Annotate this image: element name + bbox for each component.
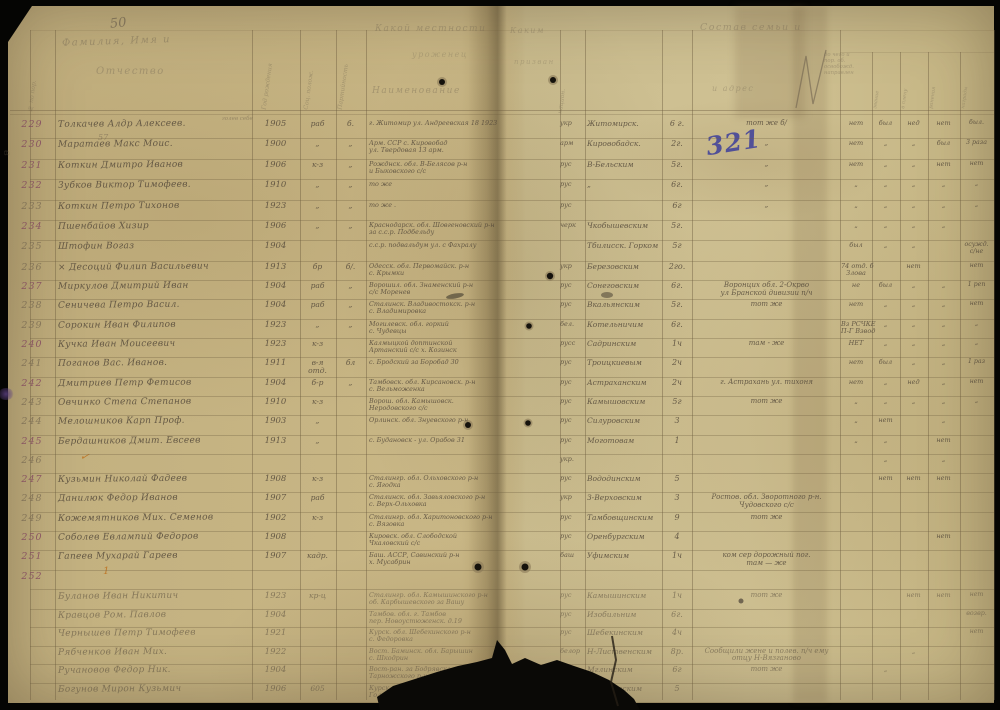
cell-nat: рус xyxy=(560,181,584,188)
cell-n: 242 xyxy=(10,379,54,389)
cell-term: 1 xyxy=(663,437,691,445)
ledger-row: Кравцов Ром. Павлов1904Тамбов. обл. г. Т… xyxy=(0,609,1000,628)
cell-s1: был xyxy=(841,242,871,249)
cell-n: 243 xyxy=(10,398,54,408)
row-rule xyxy=(30,702,994,703)
cell-name: Данилюк Федор Иванов xyxy=(58,494,252,505)
cell-place: с. Бродский за Боробад 30 xyxy=(369,359,559,366)
cell-year: 1923 xyxy=(253,321,298,330)
ledger-row: 252 xyxy=(0,570,1000,589)
cell-party: бл xyxy=(337,359,364,367)
cell-s2: „ xyxy=(872,340,899,347)
cell-n: 236 xyxy=(10,263,54,273)
cell-rvk: Н-Лиственским xyxy=(587,648,661,656)
cell-s4: нет xyxy=(928,437,959,444)
cell-s4: нет xyxy=(928,161,959,168)
cell-soc: к-з xyxy=(301,514,334,522)
cell-year: 1904 xyxy=(253,301,298,310)
cell-s1: не xyxy=(841,282,871,289)
cell-s2: „ xyxy=(872,398,899,405)
grid-hline xyxy=(10,110,994,111)
ledger-row: 238Сеничева Петро Васил.1904раб„Сталинск… xyxy=(0,299,1000,318)
cell-s4: „ xyxy=(928,222,959,229)
cell-n: 235 xyxy=(10,242,54,252)
cell-term: 5 xyxy=(663,685,691,693)
grid-hline xyxy=(30,30,994,31)
cell-party: „ xyxy=(337,282,364,290)
cell-party: „ xyxy=(337,161,364,169)
cell-name: Толкачев Алдр Алексеев. xyxy=(58,119,252,130)
cell-place: г. Житомир ул. Андреевская 18 1923 xyxy=(369,120,559,127)
cell-name: Рябченков Иван Мих. xyxy=(58,647,252,658)
cell-s2: „ xyxy=(872,301,899,308)
cell-term: 5г xyxy=(663,242,691,250)
cell-name: Поганов Вас. Иванов. xyxy=(58,358,252,369)
cell-s1: „ xyxy=(841,181,871,188)
cell-nat: баш xyxy=(560,552,584,559)
cell-year: 1904 xyxy=(253,611,298,620)
cell-s5: нет xyxy=(960,301,993,308)
cell-rvk: Садринским xyxy=(587,340,661,348)
cell-term: 5г. xyxy=(663,301,691,309)
cell-nat: рус xyxy=(560,282,584,289)
cell-s3: нет xyxy=(900,475,927,482)
cell-year: 1906 xyxy=(253,685,298,694)
header-residence-1: Какой местности xyxy=(375,24,486,34)
cell-s2: „ xyxy=(872,321,899,328)
cell-nat: рус xyxy=(560,533,584,540)
ledger-row: Рябченков Иван Мих.1922Вост. Баминск. об… xyxy=(0,646,1000,665)
cell-s4: „ xyxy=(928,202,959,209)
cell-s2: был xyxy=(872,120,899,127)
cell-s2: нет xyxy=(872,417,899,424)
cell-soc: 605 xyxy=(301,685,334,693)
cell-soc: раб xyxy=(301,282,334,290)
cell-name: Маратаев Макс Моис. xyxy=(58,140,252,151)
cell-name: Коткин Петро Тихонов xyxy=(58,201,252,212)
cell-s3: „ xyxy=(900,202,927,209)
cell-name: Гапеев Мухарай Гареев xyxy=(58,551,252,562)
cell-rvk: Вододинским xyxy=(587,475,661,483)
ledger-row: 248Данилюк Федор Иванов1907рабСталинск. … xyxy=(0,492,1000,511)
ledger-row: 235Штофин Вогаз1904с.с.р. подвальдум ул.… xyxy=(0,240,1000,260)
header-drafted-2: призван xyxy=(514,58,555,66)
cell-place: Арм. ССР с. Кировобад ул. Твердовая 13 а… xyxy=(369,140,559,154)
cell-party: „ xyxy=(337,202,364,210)
ledger-row: 239Сорокин Иван Филипов1923„„Могилевск. … xyxy=(0,319,1000,338)
ledger-row: 240Кучка Иван Моисеевич1923к-зКалмыцкой … xyxy=(0,338,1000,357)
cell-s3: нет xyxy=(900,592,927,599)
cell-soc: „ xyxy=(301,417,334,425)
cell-s2: „ xyxy=(872,666,899,673)
cell-nat: укр xyxy=(560,263,584,270)
cell-party: „ xyxy=(337,321,364,329)
cell-place: Вост-ран. за Бодрявска Тарножского р-н xyxy=(369,666,559,680)
cell-s4: „ xyxy=(928,359,959,366)
cell-place: Сталингр. обл. Ольховского р-н с. Ягодка xyxy=(369,475,559,489)
cell-party: „ xyxy=(337,140,364,148)
cell-nat: рус xyxy=(560,592,584,599)
grid-hline xyxy=(10,114,994,115)
cell-name: Пшенбайов Хизир xyxy=(58,221,252,232)
cell-rvk: Изобильним xyxy=(587,611,661,619)
cell-s5: возвр. xyxy=(960,611,993,618)
cell-s4: „ xyxy=(928,417,959,424)
cell-nat: рус xyxy=(560,398,584,405)
cell-nat: рус xyxy=(560,417,584,424)
cell-term: 4ч xyxy=(663,629,691,637)
cell-n: 248 xyxy=(10,494,54,504)
cell-soc: раб xyxy=(301,120,334,128)
cell-s4: „ xyxy=(928,340,959,347)
cell-s5: был. xyxy=(960,120,993,127)
cell-term: 6г xyxy=(663,666,691,674)
cell-term: 6г. xyxy=(663,611,691,619)
cell-s1: „ xyxy=(841,398,871,405)
cell-s5: осужд. с/не xyxy=(960,242,993,255)
ledger-row: Буланов Иван Никитич1923кр-цСталингр. об… xyxy=(0,590,1000,609)
cell-s4: „ xyxy=(928,379,959,386)
cell-rvk: Астраханским xyxy=(587,379,661,387)
cell-s4: нет xyxy=(928,592,959,599)
cell-family: „ xyxy=(694,161,839,169)
cell-place: Сталинск. обл. Завьяловского р-н с. Верх… xyxy=(369,494,559,508)
cell-n: 246 xyxy=(10,456,54,466)
cell-n: 250 xyxy=(10,533,54,543)
cell-rvk: „ xyxy=(587,181,661,189)
cell-nat: рус xyxy=(560,611,584,618)
cell-family: тот же xyxy=(694,514,839,522)
cell-year: 1906 xyxy=(253,161,298,170)
cell-s1: 74 отд. б Злова xyxy=(841,263,871,277)
cell-s2: „ xyxy=(872,456,899,463)
cell-soc: б-р xyxy=(301,379,334,387)
scanned-ledger-page: Фамилия, Имя и Отчество Какой местности … xyxy=(0,0,1000,710)
cell-s5: „ xyxy=(960,340,993,347)
cell-term: 5 xyxy=(663,475,691,483)
cell-name: Кучка Иван Моисеевич xyxy=(58,339,252,350)
cell-nat: рус xyxy=(560,301,584,308)
cell-family: ком сер дорожный пог. там — же xyxy=(694,552,839,567)
cell-s5: „ xyxy=(960,202,993,209)
cell-place: Курск. обл. Шебекинского р-н с. Федоровк… xyxy=(369,629,559,643)
ledger-row: 234Пшенбайов Хизир1906„„Краснодарск. обл… xyxy=(0,220,1000,240)
cell-family: тот же xyxy=(694,301,839,309)
cell-name: Сорокин Иван Филипов xyxy=(58,320,252,331)
cell-place: Ворошил. обл. Знаменский р-н с/с Моренев xyxy=(369,282,559,296)
cell-soc: к-з xyxy=(301,161,334,169)
cell-s1: нет xyxy=(841,379,871,386)
cell-soc: бр xyxy=(301,263,334,271)
cell-party: „ xyxy=(337,301,364,309)
cell-nat: белор xyxy=(560,648,584,655)
cell-s5: „ xyxy=(960,321,993,328)
cell-s1: нет xyxy=(841,140,871,147)
cell-nat: рус xyxy=(560,666,584,673)
cell-term: 5г xyxy=(663,398,691,406)
cell-s5: „ xyxy=(960,181,993,188)
cell-party: б/. xyxy=(337,263,364,271)
cell-name: Мелошников Карп Проф. xyxy=(58,416,252,427)
cell-place: Сталингр. обл. Камышинского р-н об. Карб… xyxy=(369,592,559,606)
ledger-row: 247Кузьмин Николай Фадеев1908к-зСталингр… xyxy=(0,473,1000,492)
grid-hline xyxy=(840,52,994,53)
cell-rvk: Сонеговским xyxy=(587,282,661,290)
cell-party: „ xyxy=(337,222,364,230)
cell-name: Соболев Евлампий Федоров xyxy=(58,532,252,543)
cell-place: Орлинск. обл. Знуевского р-н xyxy=(369,417,559,424)
cell-family: г. Астрахань ул. тихоня xyxy=(694,379,839,387)
cell-n: 230 xyxy=(10,140,54,150)
cell-year: 1904 xyxy=(253,242,298,251)
cell-s3: „ xyxy=(900,161,927,168)
cell-s4: „ xyxy=(928,398,959,405)
cell-rvk: Уфимским xyxy=(587,552,661,560)
cell-s3: „ xyxy=(900,242,927,249)
cell-year: 1911 xyxy=(253,359,298,368)
cell-n: 229 xyxy=(10,120,54,130)
cell-name: Бердашников Дмит. Евсеев xyxy=(58,436,252,447)
cell-soc: к-з xyxy=(301,340,334,348)
cell-year: 1905 xyxy=(253,120,298,129)
cell-year: 1910 xyxy=(253,398,298,407)
cell-name: Зубков Виктор Тимофеев. xyxy=(58,180,252,191)
cell-n: 234 xyxy=(10,222,54,232)
cell-s3: нед xyxy=(900,120,927,127)
ledger-row: 241Поганов Вас. Иванов.1911в-я отд.блс. … xyxy=(0,357,1000,376)
cell-soc: кадр. xyxy=(301,552,334,560)
cell-rvk: Березовским xyxy=(587,263,661,271)
cell-s2: „ xyxy=(872,242,899,249)
cell-rvk: Мглинским xyxy=(587,666,661,674)
cell-term: 6г xyxy=(663,202,691,210)
cell-term: 6г. xyxy=(663,282,691,290)
cell-soc: „ xyxy=(301,140,334,148)
cell-year: 1907 xyxy=(253,552,298,561)
cell-s5: нет xyxy=(960,592,993,599)
cell-name: Богунов Мирон Кузьмич xyxy=(58,684,252,695)
cell-n: 239 xyxy=(10,321,54,331)
cell-place: Одесск. обл. Первомайск. р-н с. Крымки xyxy=(369,263,559,277)
cell-family: „ xyxy=(694,140,839,148)
cell-s3: „ xyxy=(900,301,927,308)
cell-place: Тамбов. обл. г. Тамбов пер. Новоустюженс… xyxy=(369,611,559,625)
cell-s1: „ xyxy=(841,417,871,424)
cell-nat: укр xyxy=(560,494,584,501)
ledger-row: 251Гапеев Мухарай Гареев1907кадр.Баш. АС… xyxy=(0,550,1000,569)
cell-name: Чернышев Петр Тимофеев xyxy=(58,628,252,639)
cell-name: Коткин Дмитро Иванов xyxy=(58,160,252,171)
cell-term: 5г. xyxy=(663,222,691,230)
cell-soc: „ xyxy=(301,437,334,445)
cell-s2: „ xyxy=(872,140,899,147)
cell-n: 231 xyxy=(10,161,54,171)
cell-soc: к-з xyxy=(301,475,334,483)
cell-place: Тамбовск. обл. Кирсановск. р-н с. Вельмо… xyxy=(369,379,559,393)
cell-family: Ростов. обл. Зворотного р-н. Чудовского … xyxy=(694,494,839,509)
cell-name: Штофин Вогаз xyxy=(58,242,252,253)
cell-s4: „ xyxy=(928,456,959,463)
cell-term: 1ч xyxy=(663,592,691,600)
ledger-row: 233Коткин Петро Тихонов1923„„то же .рус6… xyxy=(0,200,1000,220)
ledger-row: 232Зубков Виктор Тимофеев.1910„„то жерус… xyxy=(0,179,1000,199)
cell-nat: рус xyxy=(560,629,584,636)
ledger-row: 242Дмитриев Петр Фетисов1904б-р„Тамбовск… xyxy=(0,377,1000,396)
cell-year: 1902 xyxy=(253,514,298,523)
cell-name: Кравцов Ром. Павлов xyxy=(58,610,252,621)
cell-name: Миркулов Дмитрий Иван xyxy=(58,281,252,292)
cell-year: 1903 xyxy=(253,417,298,426)
ledger-row: Богунов Мирон Кузьмич1906605Курск. обл. … xyxy=(0,683,1000,702)
cell-place: Сталингр. обл. Харитоновского р-н с. Вяз… xyxy=(369,514,559,528)
cell-rvk: Тбилисск. Горком xyxy=(587,242,661,250)
header-family-1: Состав семьи и xyxy=(700,22,802,33)
cell-party: б. xyxy=(337,120,364,128)
cell-s1: нет xyxy=(841,301,871,308)
cell-year: 1904 xyxy=(253,666,298,675)
cell-nat: рус xyxy=(560,161,584,168)
cell-s4: „ xyxy=(928,321,959,328)
cell-nat: рус xyxy=(560,685,584,692)
cell-term: 2г. xyxy=(663,140,691,148)
cell-s5: нет xyxy=(960,263,993,270)
cell-place: Краснодарск. обл. Шовгеновский р-н за с.… xyxy=(369,222,559,236)
cell-soc: кр-ц xyxy=(301,592,334,600)
ledger-row: 249Кожемятников Мих. Семенов1902к-зСтали… xyxy=(0,512,1000,531)
cell-family: там - же xyxy=(694,340,839,348)
cell-year: 1922 xyxy=(253,648,298,657)
cell-year: 1908 xyxy=(253,533,298,542)
cell-s2: нет xyxy=(872,475,899,482)
cell-term: 5г. xyxy=(663,161,691,169)
cell-s1: нет xyxy=(841,161,871,168)
header-sub-4: направлен xyxy=(824,70,854,76)
cell-place: Могилевск. обл. горкий с. Чудевцы xyxy=(369,321,559,335)
cell-year: 1910 xyxy=(253,181,298,190)
cell-family: тот же xyxy=(694,592,839,600)
cell-rvk: З-Верховским xyxy=(587,494,661,502)
cell-s1: Вз РСЧКЕ П-Г Взвод xyxy=(841,321,871,335)
cell-n: 244 xyxy=(10,417,54,427)
ledger-row: 231Коткин Дмитро Иванов1906к-з„Рожднск. … xyxy=(0,159,1000,179)
cell-n: 238 xyxy=(10,301,54,311)
cell-name: Сеничева Петро Васил. xyxy=(58,301,252,312)
cell-nat: рус xyxy=(560,202,584,209)
cell-n: 241 xyxy=(10,359,54,369)
cell-rvk: Котельничим xyxy=(587,321,661,329)
cell-year: 1906 xyxy=(253,222,298,231)
cell-place: Вост. Баминск. обл. Барышин с. Шкодрин xyxy=(369,648,559,662)
cell-place: Калмыцкой доптинской Артанский с/с х. Ко… xyxy=(369,340,559,354)
cell-n: 249 xyxy=(10,514,54,524)
cell-term: 6 г. xyxy=(663,120,691,128)
cell-n: 252 xyxy=(10,572,54,582)
cell-rvk: В-Бельским xyxy=(587,161,661,169)
cell-soc: „ xyxy=(301,222,334,230)
header-family-2: и адрес xyxy=(712,84,754,93)
cell-term: 6г. xyxy=(663,321,691,329)
ledger-row: 243Овчинко Степа Степанов1910к-зВорош. о… xyxy=(0,396,1000,415)
header-residence-3: Наименование xyxy=(372,86,461,96)
cell-s5: 1 реп xyxy=(960,282,993,289)
cell-family: тот же б/ xyxy=(694,120,839,128)
cell-year: 1923 xyxy=(253,340,298,349)
cell-soc: „ xyxy=(301,181,334,189)
cell-family: тот же xyxy=(694,666,839,674)
cell-s1: „ xyxy=(841,437,871,444)
cell-s2: „ xyxy=(872,379,899,386)
cell-s3: „ xyxy=(900,282,927,289)
cell-rvk: Камышинским xyxy=(587,592,661,600)
cell-s1: „ xyxy=(841,222,871,229)
cell-n: 240 xyxy=(10,340,54,350)
cell-n: 245 xyxy=(10,437,54,447)
cell-s5: 1 раз xyxy=(960,359,993,366)
cell-year: 1904 xyxy=(253,282,298,291)
cell-soc: раб xyxy=(301,494,334,502)
cell-year: 1907 xyxy=(253,494,298,503)
cell-year: 1908 xyxy=(253,475,298,484)
cell-s3: нет xyxy=(900,263,927,270)
cell-nat: бел. xyxy=(560,321,584,328)
cell-s4: нет xyxy=(928,120,959,127)
cell-s1: нет xyxy=(841,120,871,127)
cell-term: 2го. xyxy=(663,263,691,271)
cell-year: 1904 xyxy=(253,379,298,388)
cell-family: тот же xyxy=(694,398,839,406)
cell-term: 4 xyxy=(663,533,691,541)
cell-s2: „ xyxy=(872,161,899,168)
cell-s4: нет xyxy=(928,475,959,482)
cell-year: 1923 xyxy=(253,202,298,211)
cell-rvk: Силуровским xyxy=(587,417,661,425)
cell-s3: „ xyxy=(900,181,927,188)
header-name-col-2: Отчество xyxy=(96,66,165,77)
cell-rvk: Троицкиевым xyxy=(587,359,661,367)
cell-s3: „ xyxy=(900,140,927,147)
cell-name: Кожемятников Мих. Семенов xyxy=(58,513,252,524)
cell-n: 233 xyxy=(10,202,54,212)
cell-rvk: Моготовам xyxy=(587,437,661,445)
cell-s3: „ xyxy=(900,648,927,655)
cell-s1: НЕТ xyxy=(841,340,871,347)
cell-soc: в-я отд. xyxy=(301,359,334,375)
cell-name: Овчинко Степа Степанов xyxy=(58,397,252,408)
ledger-row: 230Маратаев Макс Моис.1900„„Арм. ССР с. … xyxy=(0,138,1000,158)
cell-family: „ xyxy=(694,181,839,189)
cell-place: Кировск. обл. Слободской Чкаловский с/с xyxy=(369,533,559,547)
ledger-row: Чернышев Петр Тимофеев1921Курск. обл. Ше… xyxy=(0,627,1000,646)
ledger-row: 236× Десоций Филип Васильевич1913брб/.Од… xyxy=(0,261,1000,280)
cell-s3: „ xyxy=(900,222,927,229)
cell-term: 6г. xyxy=(663,181,691,189)
cell-name: Буланов Иван Никитич xyxy=(58,591,252,602)
ledger-row: 244Мелошников Карп Проф.1903„Орлинск. об… xyxy=(0,415,1000,434)
cell-rvk: Шебекинским xyxy=(587,629,661,637)
cell-s2: „ xyxy=(872,437,899,444)
cell-place: Баш. АССР, Савинский р-н х. Мусабрин xyxy=(369,552,559,566)
cell-term: 8р. xyxy=(663,648,691,656)
cell-place: то же . xyxy=(369,202,559,209)
cell-term: 2ч xyxy=(663,359,691,367)
cell-s2: „ xyxy=(872,222,899,229)
header-residence-2: уроженец xyxy=(412,50,468,59)
cell-nat: рус xyxy=(560,475,584,482)
cell-place: то же xyxy=(369,181,559,188)
cell-family: Сообщили жене и полев. п/ч ему отцу Н-Вя… xyxy=(694,648,839,663)
cell-s1: нет xyxy=(841,359,871,366)
cell-s4: нет xyxy=(928,533,959,540)
